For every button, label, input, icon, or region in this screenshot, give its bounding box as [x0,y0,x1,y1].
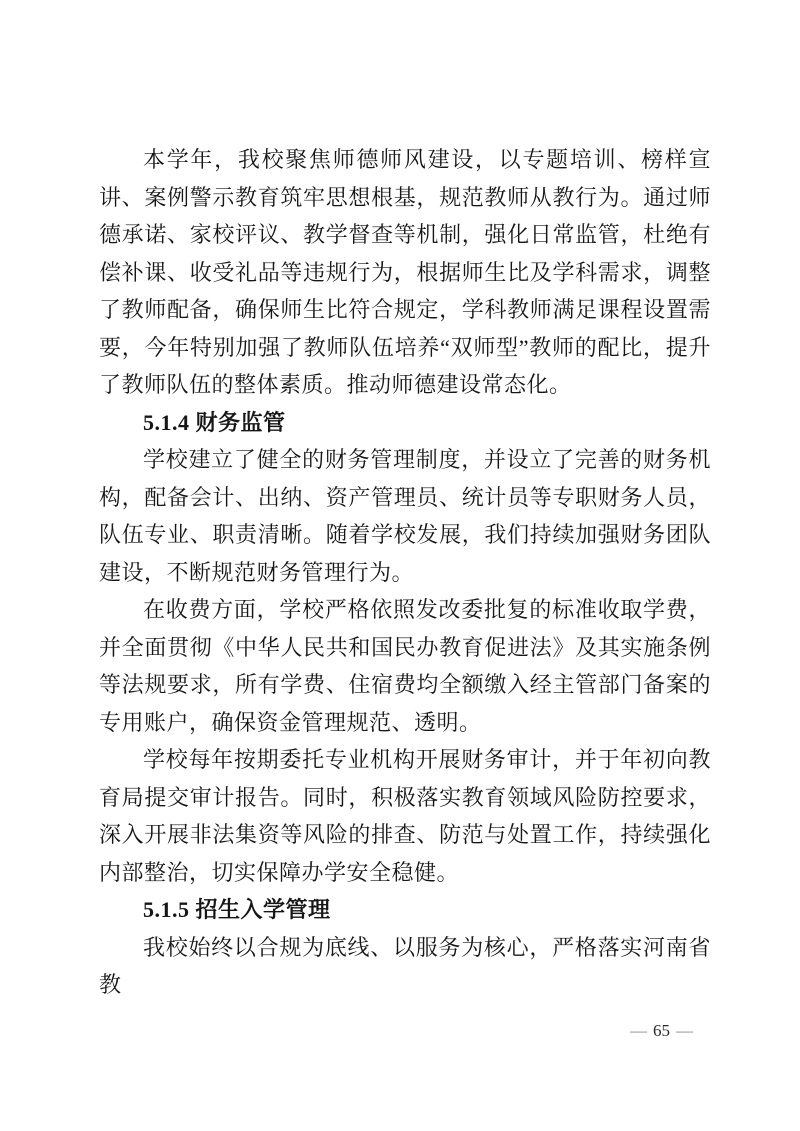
paragraph-enrollment: 我校始终以合规为底线、以服务为核心，严格落实河南省教 [99,929,711,1004]
page-footer: —65— [624,1020,699,1042]
document-body: 本学年，我校聚焦师德师风建设，以专题培训、榜样宣讲、案例警示教育筑牢思想根基，规… [99,141,711,1004]
section-heading-5-1-5: 5.1.5 招生入学管理 [99,891,711,929]
document-page: 本学年，我校聚焦师德师风建设，以专题培训、榜样宣讲、案例警示教育筑牢思想根基，规… [0,0,800,1131]
footer-dash-right: — [670,1021,699,1040]
paragraph-finance-system: 学校建立了健全的财务管理制度，并设立了完善的财务机构，配备会计、出纳、资产管理员… [99,441,711,591]
paragraph-teacher-ethics: 本学年，我校聚焦师德师风建设，以专题培训、榜样宣讲、案例警示教育筑牢思想根基，规… [99,141,711,404]
section-heading-5-1-4: 5.1.4 财务监管 [99,404,711,442]
footer-dash-left: — [624,1021,653,1040]
page-number: 65 [653,1021,670,1040]
paragraph-audit-risk: 学校每年按期委托专业机构开展财务审计，并于年初向教育局提交审计报告。同时，积极落… [99,741,711,891]
paragraph-fee-collection: 在收费方面，学校严格依照发改委批复的标准收取学费，并全面贯彻《中华人民共和国民办… [99,591,711,741]
